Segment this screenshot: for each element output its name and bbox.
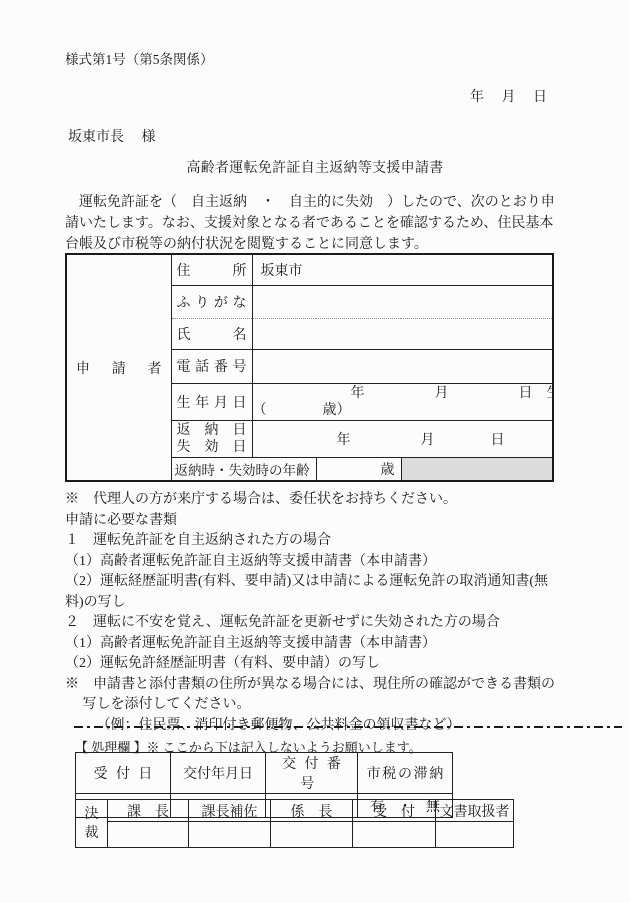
return-expire-label-cell: 返納日 失効日 (171, 420, 252, 457)
document-handler-header: 文書取扱者 (436, 800, 514, 822)
furigana-label-cell: ふりがな (171, 285, 252, 318)
note-line: （1）高齢者運転免許証自主返納等支援申請書（本申請書） (65, 634, 555, 655)
intro-line: 台帳及び市税等の納付状況を閲覧することに同意します。 (65, 234, 555, 255)
age-unit-cell: 歳 (316, 457, 401, 481)
birthdate-label-cell: 生年月日 (171, 383, 252, 420)
phone-label-cell: 電話番号 (171, 349, 252, 383)
name-label-cell: 氏名 (171, 318, 252, 349)
intake-header-row: 受付日 交付年月日 交付番号 市税の滞納 (76, 753, 453, 794)
note-line: （1）高齢者運転免許証自主返納等支援申請書（本申請書） (65, 552, 555, 573)
document-title: 高齢者運転免許証自主返納等支援申請書 (0, 157, 630, 177)
form-number: 様式第1号（第5条関係） (65, 48, 214, 68)
age-shaded-cell (401, 457, 553, 481)
note-line: 申請に必要な書類 (65, 511, 555, 532)
deputy-chief-cell (189, 822, 271, 848)
reception-date-header: 受付日 (76, 753, 171, 794)
notes-section: ※ 代理人の方が来庁する場合は、委任状をお持ちください。 申請に必要な書類 １ … (65, 490, 555, 736)
age-row-label-cell: 返納時・失効時の年齢 (171, 457, 316, 481)
section-chief-cell (108, 822, 189, 848)
section-chief-header: 課長 (108, 800, 189, 822)
note-line: ※ 代理人の方が来庁する場合は、委任状をお持ちください。 (65, 490, 555, 511)
applicant-label-cell: 申請者 (66, 254, 171, 481)
phone-value-cell (252, 349, 553, 383)
intro-paragraph: 運転免許証を（ 自主返納 ・ 自主的に失効 ）したので、次のとおり申 請いたしま… (65, 192, 555, 255)
return-date-value-cell: 年 月 日 (252, 420, 553, 457)
address-row: 申請者 住所 坂東市 (66, 254, 553, 285)
subsection-chief-cell (271, 822, 353, 848)
approval-stamp-label: 決裁 (84, 805, 99, 843)
approval-header-row: 決裁 課長 課長補佐 係長 受付 文書取扱者 (76, 800, 514, 822)
reception-header: 受付 (353, 800, 436, 822)
issue-number-header: 交付番号 (266, 753, 358, 794)
addressee: 坂東市長 様 (68, 126, 156, 146)
note-line: （2）運転経歴証明書(有料、要申請)又は申請による運転免許の取消通知書(無 (65, 572, 555, 593)
note-line: 写しを添付してください。 (65, 695, 555, 716)
birthdate-line: 年 月 日 生 (253, 385, 553, 402)
return-date-line: 年 月 日 (253, 429, 553, 449)
deputy-chief-header: 課長補佐 (189, 800, 271, 822)
tax-delinquency-header: 市税の滞納 (358, 753, 453, 794)
birthdate-value-cell: 年 月 日 生 （ 歳） (252, 383, 553, 420)
subsection-chief-header: 係長 (271, 800, 353, 822)
name-value-cell (252, 318, 553, 349)
age-paren-line: （ 歳） (253, 402, 553, 419)
approval-table: 決裁 課長 課長補佐 係長 受付 文書取扱者 (75, 799, 514, 848)
dash-dot-divider (74, 726, 622, 728)
address-label-cell: 住所 (171, 254, 252, 285)
note-line: １ 運転免許証を自主返納された方の場合 (65, 531, 555, 552)
note-line: ※ 申請書と添付書類の住所が異なる場合には、現住所の確認ができる書類の (65, 675, 555, 696)
date-field: 年 月 日 (65, 86, 565, 106)
intro-line: 運転免許証を（ 自主返納 ・ 自主的に失効 ）したので、次のとおり申 (65, 192, 555, 213)
applicant-table: 申請者 住所 坂東市 ふりがな 氏名 電話番号 生年月日 年 月 日 (65, 253, 554, 482)
approval-stamp-cell: 決裁 (76, 800, 108, 848)
document-handler-cell (436, 822, 514, 848)
address-value-cell: 坂東市 (252, 254, 553, 285)
issue-date-header: 交付年月日 (171, 753, 266, 794)
furigana-value-cell (252, 285, 553, 318)
note-line: ２ 運転に不安を覚え、運転免許証を更新せずに失効された方の場合 (65, 613, 555, 634)
expire-label: 失効日 (177, 439, 247, 456)
approval-stamp-row (76, 822, 514, 848)
application-form-page: 様式第1号（第5条関係） 年 月 日 坂東市長 様 高齢者運転免許証自主返納等支… (0, 0, 630, 903)
note-line: 料)の写し (65, 593, 555, 614)
intro-line: 請いたします。なお、支援対象となる者であることを確認するため、住民基本 (65, 213, 555, 234)
note-line: （2）運転免許経歴証明書（有料、要申請）の写し (65, 654, 555, 675)
return-label: 返納日 (177, 422, 247, 439)
reception-cell (353, 822, 436, 848)
